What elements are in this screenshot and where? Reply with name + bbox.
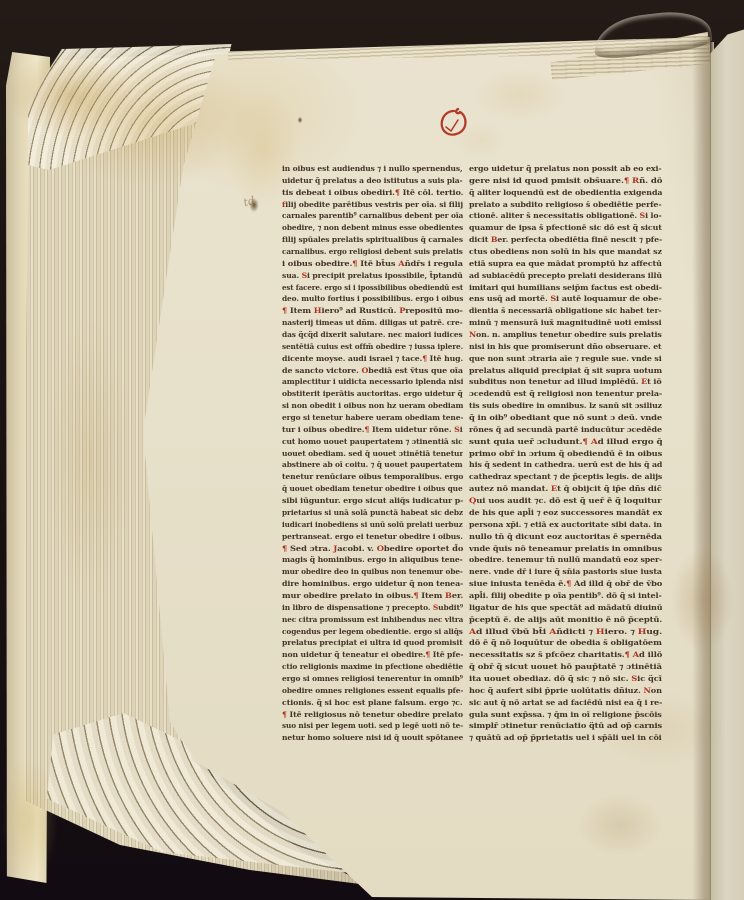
text-line: carnalibus. ergo religiosi debent suis p… xyxy=(282,246,463,258)
text-line: quamur de ipsa s̄ pfectionē sic dō est q… xyxy=(469,222,662,234)
text-line: subditus non tenetur ad illud implēdū. E… xyxy=(469,376,662,388)
text-line: das q̈cq̈d dixerit salutare. nec maiori … xyxy=(282,329,463,341)
text-line: gula sunt exp̄ssa. ⁊ q̄m in oī religione… xyxy=(469,709,662,721)
text-line: rōnes q̄ ad secundā partē inducūtur ɔced… xyxy=(469,424,662,436)
text-line: prelatus precipiat ei ultra id quod prom… xyxy=(282,637,463,649)
text-line: que non sunt ɔtraria aīe ⁊ regule sue. v… xyxy=(469,353,662,365)
text-line: dicit Ber. perfecta obediētia finē nesci… xyxy=(469,234,662,246)
text-line: dire hominibus. ergo uidetur q̃ non tene… xyxy=(282,578,463,590)
text-column-right: ergo uidetur q̃ prelatus non possit ab e… xyxy=(469,163,662,747)
text-line: obedire, ⁊ non debent minus esse obedien… xyxy=(282,222,463,234)
text-line: ad subiacēdū precepto prelati desiderans… xyxy=(469,270,662,282)
text-line: nec citra promissum est inhibendus nec v… xyxy=(282,614,463,626)
text-line: filij obedite parētibus vestris per oīa.… xyxy=(282,199,463,211)
text-line: q̄ obr̄ q̃ sicut uouet hō paup̄tatē ⁊ ɔt… xyxy=(469,661,662,673)
text-line: cathedraz spectant ⁊ de p̄ceptis legis. … xyxy=(469,471,662,483)
text-line: sibi iūguntur. ergo sicut aliq̄s iudicat… xyxy=(282,495,463,507)
text-line: ens usq̄ ad mortē. Si autē loquamur de o… xyxy=(469,293,662,305)
text-line: q̄ uouet obediam tenetur obedire i oibus… xyxy=(282,483,463,495)
text-line: dicente moyse. audi israel ⁊ tace.¶ Itē … xyxy=(282,353,463,365)
text-line: autez nō mandat. Et q̄ obijcit q̃ ip̄e d… xyxy=(469,483,662,495)
text-line: i oibus obedire.¶ Itē bt̄us Añdr̄s i reg… xyxy=(282,258,463,270)
text-line: cogendus per legem obedientie. ergo si a… xyxy=(282,626,463,638)
text-line: nisi in his que promiserunt dño obseruar… xyxy=(469,341,662,353)
text-line: Non. n. amplius tenetur obedire suis pre… xyxy=(469,329,662,341)
text-line: ergo si omnes religiosi tenerentur in om… xyxy=(282,673,463,685)
text-line: ⁊ quātū ad op̄ p̄prietatis uel i sp̄āli … xyxy=(469,732,662,744)
text-line: obstiterit iperātis auctoritas. ergo uid… xyxy=(282,388,463,400)
text-line: uidetur q̃ prelatus a deo istitutus a su… xyxy=(282,175,463,187)
text-line: nullo tn̄ q̄ dicunt eoz auctoritas ē spe… xyxy=(469,531,662,543)
text-line: obedire. tenemur tn̄ nullū mandatū eoz s… xyxy=(469,554,662,566)
text-line: ergo uidetur q̃ prelatus non possit ab e… xyxy=(469,163,662,175)
text-line: necessitatis sz s̄ pfcōez charitatis.¶ A… xyxy=(469,649,662,661)
text-line: p̄ceptū ē. de alijs aūt monitio ē nō p̄c… xyxy=(469,614,662,626)
text-line: sua. Si precipit prelatus ipossibile, t̄… xyxy=(282,270,463,282)
text-line: ¶ Sed ɔtra. Jacobi. v. Obedire oportet d… xyxy=(282,543,463,555)
text-line: prietarius si unā solā punctā habeat sic… xyxy=(282,507,463,519)
text-line: Ad illud v̄bū bt̄i Añdicti ⁊ Hiero. ⁊ Hu… xyxy=(469,626,662,638)
text-line: iudicari inobediens si unū solū prelati … xyxy=(282,519,463,531)
text-line: amplectitur i uidicta necessario iplenda… xyxy=(282,376,463,388)
text-line: abstinere ab oī coitu. ⁊ q̄ uouet pauper… xyxy=(282,459,463,471)
text-line: pertranseat. ergo ei tenetur obedire i o… xyxy=(282,531,463,543)
text-line: minū ⁊ mensurā iux̄ magnitudinē uoti emi… xyxy=(469,317,662,329)
text-line: ¶ Item Hiero⁹ ad Rusticū. Prepositū mo- xyxy=(282,305,463,317)
text-line: his q̄ sedent in cathedra. uerū est de h… xyxy=(469,459,662,471)
text-line: persona xp̄i. ⁊ etiā ex auctoritate sibi… xyxy=(469,519,662,531)
text-line: ɔcedendū est q̃ religiosi non tenentur p… xyxy=(469,388,662,400)
text-line: simplr̄ ɔtinetur renūciatio q̈tū ad op̄ … xyxy=(469,720,662,732)
text-line: q̃ in oib⁹ obediant que nō sunt ɔ deū. v… xyxy=(469,412,662,424)
text-line: ligatur de his que spectāt ad mādatū diu… xyxy=(469,602,662,614)
text-line: tis suis obedire in omnibus. lz sanū sit… xyxy=(469,400,662,412)
text-line: de his que apl̄i ⁊ eoz successores mandā… xyxy=(469,507,662,519)
text-line: mur obedire deo in quibus non tenemur ob… xyxy=(282,566,463,578)
text-line: nasterij timeas ut dñm. diligas ut patrē… xyxy=(282,317,463,329)
text-line: obedire omnes religiones essent equalis … xyxy=(282,685,463,697)
text-line: dō ē q̃ nō loquūtur de obedia s̄ obligat… xyxy=(469,637,662,649)
text-line: sic aut q̄ nō artat se ad faciēdū nisi e… xyxy=(469,697,662,709)
text-column-left: in oibus est audiendus ⁊ i nullo spernen… xyxy=(282,163,463,747)
rubricator-mark-icon xyxy=(431,103,471,145)
text-line: ita uouet obediaz. dō q̃ sic ⁊ nō sic. S… xyxy=(469,673,662,685)
text-line: nere. vnde dr̄ i iure q̃ sn̄ia pastoris … xyxy=(469,566,662,578)
text-line: tur i oibus obedire.¶ Item uidetur rōne.… xyxy=(282,424,463,436)
text-line: prelatus aliquid precipiat q̄ sit supra … xyxy=(469,365,662,377)
text-line: sentētiā cuius est offm̄ obedire ⁊ iussa… xyxy=(282,341,463,353)
text-line: in oibus est audiendus ⁊ i nullo spernen… xyxy=(282,163,463,175)
text-line: prelato a subdito religioso s̄ obediētie… xyxy=(469,199,662,211)
text-line: est facere. ergo si i ipossibilibus obed… xyxy=(282,282,463,294)
text-line: mur obedire prelato in oibus.¶ Item Ber. xyxy=(282,590,463,602)
text-line: apl̄i. filij obedite p oīa pentib⁹. dō q… xyxy=(469,590,662,602)
text-line: gere nisi id quod pmisit obs̄uare.¶ Rñ. … xyxy=(469,175,662,187)
text-line: dientia s̄ necessariā obligatione sic ha… xyxy=(469,305,662,317)
text-line: ctio religionis maxime in pfectione obed… xyxy=(282,661,463,673)
text-line: in libro de dispensatione ⁊ precepto. Su… xyxy=(282,602,463,614)
text-line: hoc q̃ aufert sibi p̄prie uolūtatis dñiu… xyxy=(469,685,662,697)
text-line: q̃ aliter loquendū est de obedientia exi… xyxy=(469,187,662,199)
text-line: non uidetur q̃ teneatur ei obedire.¶ Itē… xyxy=(282,649,463,661)
text-line: si non obedit i oibus non hz ueram obedi… xyxy=(282,400,463,412)
text-line: netur homo soluere nisi id q̄ uouit spōt… xyxy=(282,732,463,744)
text-line: uouet obediam. sed q̄ uouet ɔtinētiā ten… xyxy=(282,448,463,460)
text-line: imitari qui humilians seip̄m factus est … xyxy=(469,282,662,294)
facing-page-strip xyxy=(710,24,744,900)
text-line: Qui uos audit ⁊c. dō est q̃ uer̄ ē q̃ lo… xyxy=(469,495,662,507)
text-line: de sancto victore. Obediā est v̄tus que … xyxy=(282,365,463,377)
text-line: ctus obediens non solū in his que mandat… xyxy=(469,246,662,258)
text-line: vnde q̄uis nō teneamur prelatis in omnib… xyxy=(469,543,662,555)
text-line: primo obr̄ in ɔrium q̃ obediendū ē in oi… xyxy=(469,448,662,460)
text-line: siue iniusta tenēda ē.¶ Ad illd q̄ obr̄ … xyxy=(469,578,662,590)
text-line: ergo si tenetur habere ueram obediam ten… xyxy=(282,412,463,424)
text-line: sunt quia uer̄ ɔcludunt.¶ Ad illud ergo … xyxy=(469,436,662,448)
text-line: etiā supra ea que mādat promptū hz affec… xyxy=(469,258,662,270)
text-line: ¶ Itē religiosus nō tenetur obedire prel… xyxy=(282,709,463,721)
text-line: tis debeat i oibus obediri.¶ Itē cōl. te… xyxy=(282,187,463,199)
text-line: cut homo uouet paupertatem ⁊ ɔtinentiā s… xyxy=(282,436,463,448)
book-photo: td in oibus est audiendus ⁊ i nullo sper… xyxy=(0,0,744,900)
text-line: ctionē. aliter s̄ necessitatis obligatio… xyxy=(469,210,662,222)
text-line: carnales parentib⁹ carnalibus debent per… xyxy=(282,210,463,222)
text-line: tenetur renūciare oibus temporalibus. er… xyxy=(282,471,463,483)
text-line: deo. multo fortius i possibilibus. ergo … xyxy=(282,293,463,305)
text-line: suo nisi per legem uoti. sed p legē uoti… xyxy=(282,720,463,732)
text-line: ctionis. q̃ si hoc est plane falsum. erg… xyxy=(282,697,463,709)
text-line: magis q̈ hominibus. ergo in aliquibus te… xyxy=(282,554,463,566)
text-line: filij spūales prelatis spiritualibus q̄ … xyxy=(282,234,463,246)
